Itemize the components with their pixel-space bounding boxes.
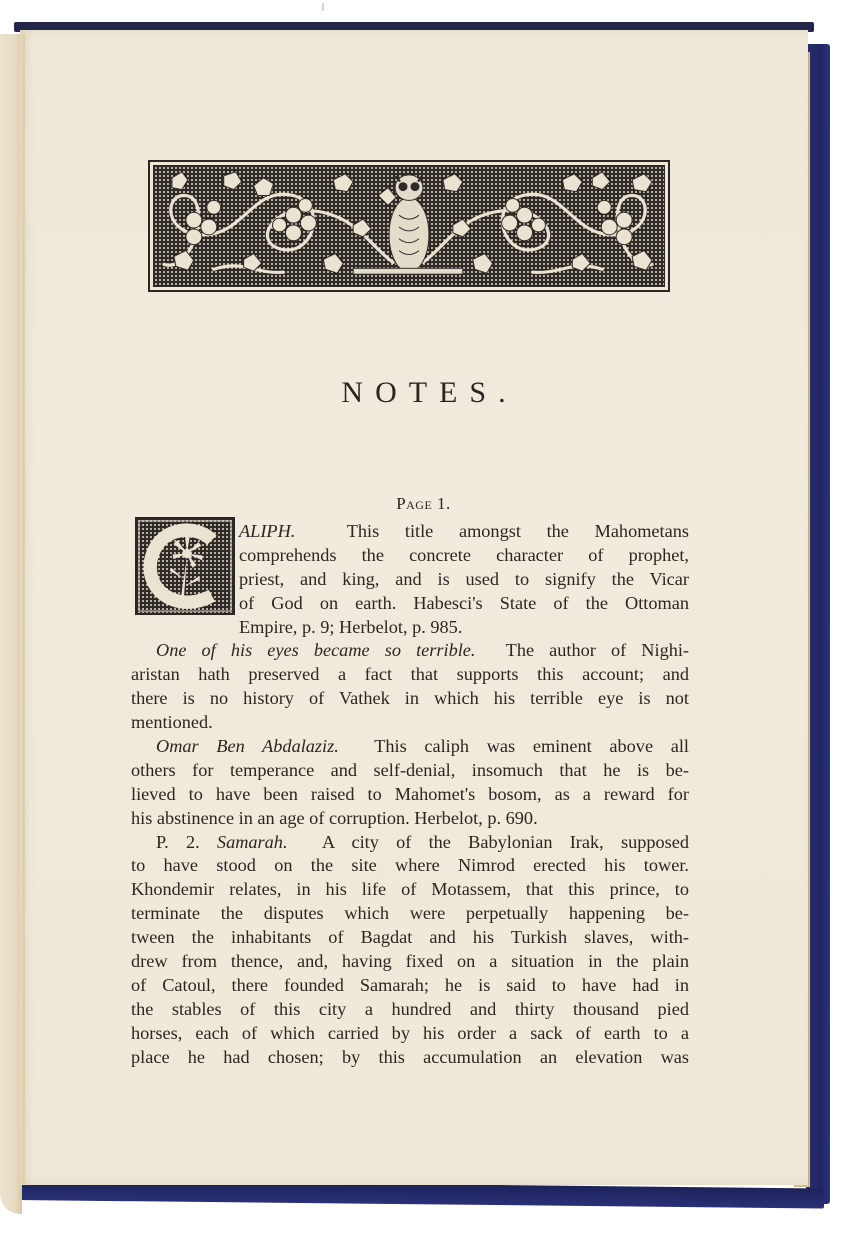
text-line: lieved to have been raised to Mahomet's …: [131, 783, 689, 807]
text-line: drew from thence, and, having fixed on a…: [131, 950, 689, 974]
owl-vine-ornament-icon: [154, 166, 664, 286]
text-line: to have stood on the site where Nimrod e…: [131, 854, 689, 878]
text-line: Khondemir relates, in his life of Motass…: [131, 878, 689, 902]
text-line: of Catoul, there founded Samarah; he is …: [131, 974, 689, 998]
text-line: of God on earth. Habesci's State of the …: [131, 592, 689, 616]
text-line: aristan hath preserved a fact that suppo…: [131, 663, 689, 687]
ornamental-headpiece: [148, 160, 670, 292]
text-line: mentioned.: [131, 711, 689, 735]
page-title: NOTES.: [0, 376, 847, 410]
text-line: Empire, p. 9; Herbelot, p. 985.: [131, 616, 689, 640]
text-line: place he had chosen; by this accumulatio…: [131, 1046, 689, 1070]
text-line: horses, each of which carried by his ord…: [131, 1022, 689, 1046]
text-line: One of his eyes became so terrible. The …: [131, 639, 689, 663]
text-line: there is no history of Vathek in which h…: [131, 687, 689, 711]
text-line: tween the inhabitants of Bagdat and his …: [131, 926, 689, 950]
notes-body: ALIPH. This title amongst the Mahometans…: [131, 520, 689, 1069]
text-line: the stables of this city a hundred and t…: [131, 998, 689, 1022]
text-line: terminate the disputes which were perpet…: [131, 902, 689, 926]
text-line: comprehends the concrete character of pr…: [131, 544, 689, 568]
text-line: others for temperance and self-denial, i…: [131, 759, 689, 783]
gutter: [22, 34, 25, 1184]
text-line: Omar Ben Abdalaziz. This caliph was emin…: [131, 735, 689, 759]
text-line: priest, and king, and is used to signify…: [131, 568, 689, 592]
text-line: his abstinence in an age of corruption. …: [131, 807, 689, 831]
text-line: P. 2. Samarah. A city of the Babylonian …: [131, 831, 689, 855]
facing-page-edge: [0, 34, 22, 1214]
speck: [322, 3, 324, 11]
text-line: ALIPH. This title amongst the Mahometans: [131, 520, 689, 544]
page-reference-heading: Page 1.: [0, 494, 847, 514]
